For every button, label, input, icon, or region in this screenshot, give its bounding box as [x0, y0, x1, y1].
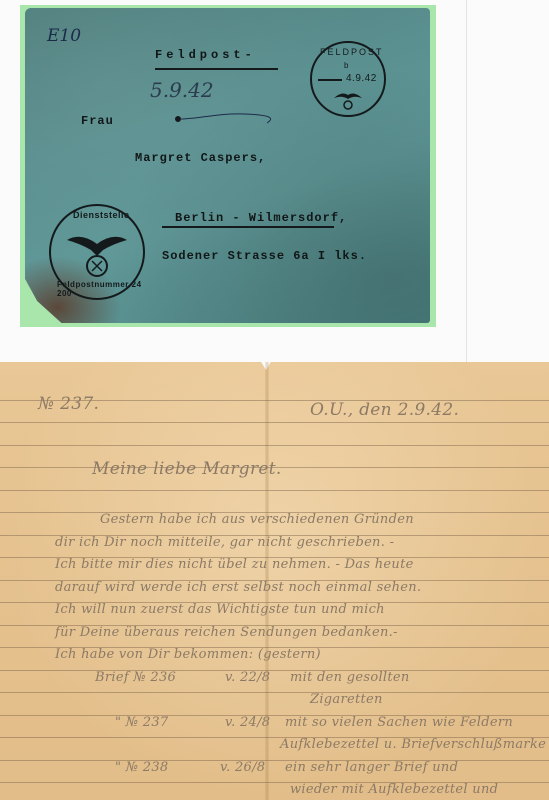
body-line: Ich will nun zuerst das Wichtigste tun u… [55, 602, 385, 617]
item-note: Zigaretten [310, 692, 383, 707]
recipient-street: Sodener Strasse 6a I lks. [162, 249, 367, 263]
recipient-city: Berlin - Wilmersdorf, [175, 211, 347, 225]
envelope: E10 Feldpost- 5.9.42 Frau Margret Casper… [25, 8, 430, 323]
postmark-bar [318, 79, 342, 81]
body-line: Ich bitte mir dies nicht übel zu nehmen.… [55, 557, 414, 572]
salutation: Frau [81, 114, 114, 128]
scan-divider [466, 0, 467, 362]
item-note: Aufklebezettel u. Briefverschlußmarke [280, 737, 546, 752]
item-note: mit so vielen Sachen wie Feldern [285, 715, 513, 730]
body-line: darauf wird werde ich erst selbst noch e… [55, 580, 421, 595]
body-line: Gestern habe ich aus verschiedenen Gründ… [100, 512, 414, 527]
handwritten-date: 5.9.42 [150, 78, 214, 102]
letter-number: № 237. [38, 394, 99, 414]
postmark-code: b [344, 61, 349, 70]
item-date: v. 26/8 [220, 760, 265, 775]
item-label: " № 237 [115, 715, 168, 730]
item-label: " № 238 [115, 760, 168, 775]
ruled-line [0, 670, 549, 671]
item-date: v. 24/8 [225, 715, 270, 730]
body-line: für Deine überaus reichen Sendungen beda… [55, 625, 398, 640]
pencil-note: E10 [47, 26, 81, 46]
ruled-line [0, 692, 549, 693]
recipient-name: Margret Caspers, [135, 151, 266, 165]
postmark-text: FELDPOST [320, 47, 384, 57]
body-line: dir ich Dir noch mitteile, gar nicht ges… [55, 535, 394, 550]
dienststelle-stamp: Dienststelle Feldpostnummer 24 200 [49, 204, 145, 300]
ruled-line [0, 445, 549, 446]
postmark-date: 4.9.42 [346, 73, 377, 84]
header-underline [155, 68, 278, 70]
feldpost-header: Feldpost- [155, 48, 256, 62]
ruled-line [0, 760, 549, 761]
letter-greeting: Meine liebe Margret. [92, 459, 282, 479]
stamp-bottom-text: Feldpostnummer 24 200 [57, 280, 143, 298]
item-date: v. 22/8 [225, 670, 270, 685]
ruled-line [0, 422, 549, 423]
feldpost-postmark: FELDPOST b 4.9.42 [310, 41, 386, 117]
item-note: wieder mit Aufklebezettel und [290, 782, 498, 797]
item-note: ein sehr langer Brief und [285, 760, 458, 775]
handwritten-letter: № 237. O.U., den 2.9.42. Meine liebe Mar… [0, 362, 549, 800]
stamp-top-text: Dienststelle [73, 210, 130, 220]
ruled-line [0, 490, 549, 491]
body-line: Ich habe von Dir bekommen: (gestern) [55, 647, 321, 662]
city-underline [162, 226, 334, 228]
letter-place-date: O.U., den 2.9.42. [310, 400, 459, 420]
pen-flourish-icon [175, 111, 275, 125]
item-label: Brief № 236 [95, 670, 176, 685]
item-note: mit den gesollten [290, 670, 410, 685]
